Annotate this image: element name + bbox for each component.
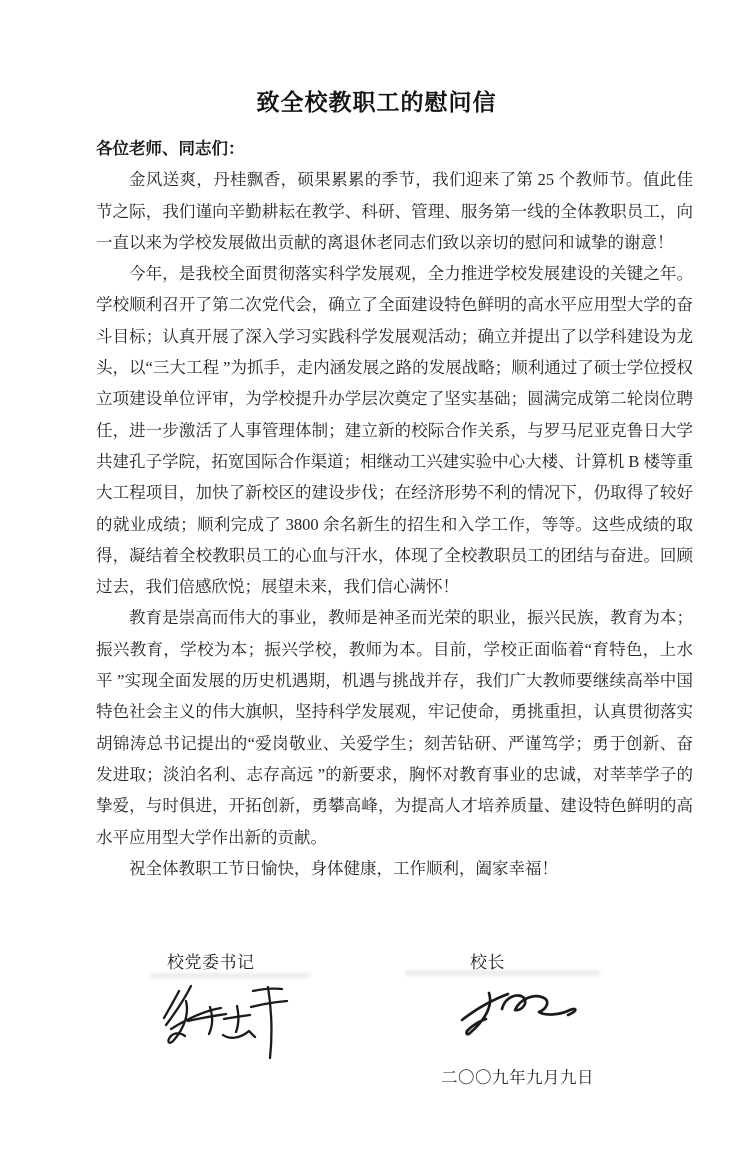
president-handwritten-signature-icon xyxy=(450,985,590,1045)
letter-body: 各位老师、同志们： 金风送爽，丹桂飘香，硕果累累的季节，我们迎来了第 25 个教… xyxy=(96,133,693,884)
salutation: 各位老师、同志们： xyxy=(96,133,693,164)
signer-role-president: 校长 xyxy=(470,948,505,973)
letter-page: 致全校教职工的慰问信 各位老师、同志们： 金风送爽，丹桂飘香，硕果累累的季节，我… xyxy=(0,0,753,1150)
letter-title: 致全校教职工的慰问信 xyxy=(0,84,753,117)
letter-date: 二〇〇九年九月九日 xyxy=(441,1064,594,1088)
paragraph-expectations: 教育是崇高而伟大的事业，教师是神圣而光荣的职业，振兴民族，教育为本；振兴教育，学… xyxy=(96,602,693,852)
paragraph-achievements: 今年，是我校全面贯彻落实科学发展观，全力推进学校发展建设的关键之年。学校顺利召开… xyxy=(96,258,693,602)
paragraph-wishes: 祝全体教职工节日愉快，身体健康，工作顺利，阖家幸福！ xyxy=(96,853,693,884)
paragraph-greeting: 金风送爽，丹桂飘香，硕果累累的季节，我们迎来了第 25 个教师节。值此佳节之际，… xyxy=(96,164,693,258)
signer-role-party-secretary: 校党委书记 xyxy=(167,948,255,973)
party-secretary-handwritten-signature-icon xyxy=(158,978,292,1060)
